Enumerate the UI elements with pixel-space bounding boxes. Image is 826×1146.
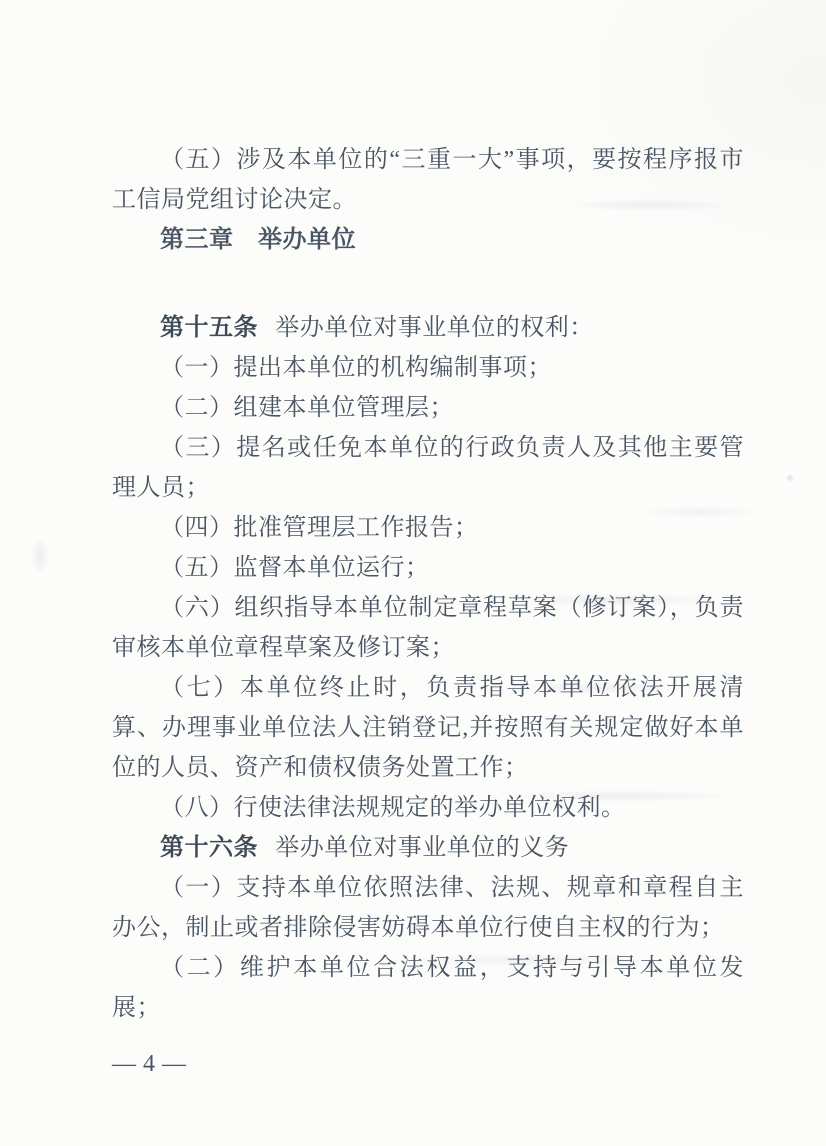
article-15-item-1: （一）提出本单位的机构编制事项；: [112, 348, 744, 388]
article-16-number: 第十六条: [160, 835, 258, 861]
article-16-item-2: （二）维护本单位合法权益，支持与引导本单位发展；: [112, 948, 744, 1028]
article-15-item-4: （四）批准管理层工作报告；: [112, 508, 744, 548]
article-15-item-3: （三）提名或任免本单位的行政负责人及其他主要管理人员；: [112, 428, 744, 508]
chapter-heading: 第三章 举办单位: [112, 220, 744, 260]
article-15-item-6: （六）组织指导本单位制定章程草案（修订案），负责审核本单位章程草案及修订案；: [112, 588, 744, 668]
page-number: — 4 —: [112, 1044, 744, 1084]
article-16-item-1: （一）支持本单位依照法律、法规、规章和章程自主办公，制止或者排除侵害妨碍本单位行…: [112, 868, 744, 948]
article-15-item-5: （五）监督本单位运行；: [112, 548, 744, 588]
scanned-document-page: （五）涉及本单位的“三重一大”事项，要按程序报市工信局党组讨论决定。 第三章 举…: [0, 0, 826, 1146]
article-15-title: 举办单位对事业单位的权利：: [275, 315, 594, 341]
document-text-block: （五）涉及本单位的“三重一大”事项，要按程序报市工信局党组讨论决定。 第三章 举…: [112, 140, 744, 1084]
article-16-heading: 第十六条举办单位对事业单位的义务: [112, 828, 744, 868]
article-15-item-7: （七）本单位终止时，负责指导本单位依法开展清算、办理事业单位法人注销登记,并按照…: [112, 668, 744, 788]
clause-5-paragraph: （五）涉及本单位的“三重一大”事项，要按程序报市工信局党组讨论决定。: [112, 140, 744, 220]
article-15-item-2: （二）组建本单位管理层；: [112, 388, 744, 428]
article-15-item-8: （八）行使法律法规规定的举办单位权利。: [112, 788, 744, 828]
article-15-number: 第十五条: [160, 315, 258, 341]
article-16-title: 举办单位对事业单位的义务: [275, 835, 569, 861]
article-15-heading: 第十五条举办单位对事业单位的权利：: [112, 308, 744, 348]
